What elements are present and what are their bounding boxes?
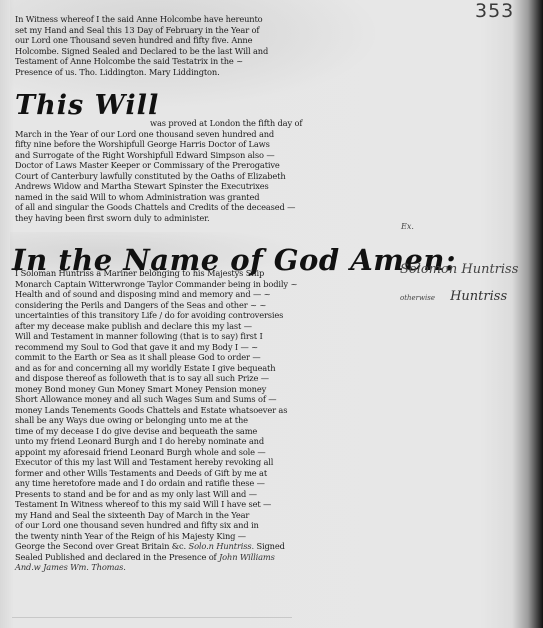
text-line: Doctor of Laws Master Keeper or Commissa… (15, 160, 302, 171)
signature-prefix: George the Second over Great Britain &c. (15, 541, 186, 551)
text-line: Holcombe. Signed Sealed and Declared to … (15, 46, 385, 57)
text-line: money Bond money Gun Money Smart Money P… (15, 384, 297, 395)
text-line: Will and Testament in manner following (… (15, 331, 297, 342)
text-line: commit to the Earth or Sea as it shall p… (15, 352, 297, 363)
margin-testator-name: Solomon Huntriss (400, 262, 518, 277)
text-line: former and other Wills Testaments and De… (15, 468, 297, 479)
folio-number: 353 (475, 0, 514, 22)
text-line: I Soloman Huntriss a Mariner belonging t… (15, 268, 297, 279)
text-line: unto my friend Leonard Burgh and I do he… (15, 436, 297, 447)
testator-signature: Solo.n Huntriss. (189, 541, 254, 551)
text-line: and Surrogate of the Right Worshipfull E… (15, 150, 302, 161)
text-line: considering the Perils and Dangers of th… (15, 300, 297, 311)
margin-mark: Ex. (401, 222, 414, 231)
text-line: Andrews Widow and Martha Stewart Spinste… (15, 181, 302, 192)
text-line: and as for and concerning all my worldly… (15, 363, 297, 374)
text-line: they having been first sworn duly to adm… (15, 213, 302, 224)
text-line: uncertainties of this transitory Life / … (15, 310, 297, 321)
text-line: March in the Year of our Lord one thousa… (15, 129, 302, 140)
text-line: any time heretofore made and I do ordain… (15, 478, 297, 489)
text-line: Monarch Captain Witterwronge Taylor Comm… (15, 279, 297, 290)
text-line: of our Lord one thousand seven hundred a… (15, 520, 297, 531)
attestation-text: Sealed Published and declared in the Pre… (15, 552, 216, 562)
text-line: Short Allowance money and all such Wages… (15, 394, 297, 405)
attestation-line: Sealed Published and declared in the Pre… (15, 552, 297, 563)
text-line: recommend my Soul to God that gave it an… (15, 342, 297, 353)
text-line: and dispose thereof as followeth that is… (15, 373, 297, 384)
text-line: Presence of us. Tho. Liddington. Mary Li… (15, 67, 385, 78)
previous-will-closing: In Witness whereof I the said Anne Holco… (15, 14, 385, 77)
text-line: shall be any Ways due owing or belonging… (15, 415, 297, 426)
alias-name: Huntriss (440, 289, 507, 304)
text-line: set my Hand and Seal this 13 Day of Febr… (15, 25, 385, 36)
signature-suffix: Signed (256, 541, 284, 551)
signature-line: George the Second over Great Britain &c.… (15, 541, 297, 552)
text-line: Testament In Witness whereof to this my … (15, 499, 297, 510)
text-line: In Witness whereof I the said Anne Holco… (15, 14, 385, 25)
text-line: Court of Canterbury lawfully constituted… (15, 171, 302, 182)
text-line: time of my decease I do give devise and … (15, 426, 297, 437)
text-line: our Lord one Thousand seven hundred and … (15, 35, 385, 46)
text-line: Health and of sound and disposing mind a… (15, 289, 297, 300)
probate-clause: was proved at London the fifth day of Ma… (15, 118, 302, 223)
text-line: named in the said Will to whom Administr… (15, 192, 302, 203)
probate-heading: This Will (15, 90, 159, 121)
text-line: appoint my aforesaid friend Leonard Burg… (15, 447, 297, 458)
witness-signatures: And.w James Wm. Thomas. (15, 562, 297, 573)
text-line: Presents to stand and be for and as my o… (15, 489, 297, 500)
text-line: of all and singular the Goods Chattels a… (15, 202, 302, 213)
ruled-line (12, 617, 292, 618)
text-line: Testament of Anne Holcombe the said Test… (15, 56, 385, 67)
text-line: money Lands Tenements Goods Chattels and… (15, 405, 297, 416)
text-line: the twenty ninth Year of the Reign of hi… (15, 531, 297, 542)
text-line: was proved at London the fifth day of (15, 118, 302, 129)
text-line: Executor of this my last Will and Testam… (15, 457, 297, 468)
alias-label: otherwise (400, 294, 435, 302)
text-line: fifty nine before the Worshipfull George… (15, 139, 302, 150)
margin-testator-alias: otherwise Huntriss (400, 285, 507, 304)
register-page: 353 In Witness whereof I the said Anne H… (0, 0, 543, 628)
will-body: I Soloman Huntriss a Mariner belonging t… (15, 268, 297, 573)
text-line: after my decease make publish and declar… (15, 321, 297, 332)
witness-signature: John Williams (219, 552, 275, 562)
text-line: my Hand and Seal the sixteenth Day of Ma… (15, 510, 297, 521)
